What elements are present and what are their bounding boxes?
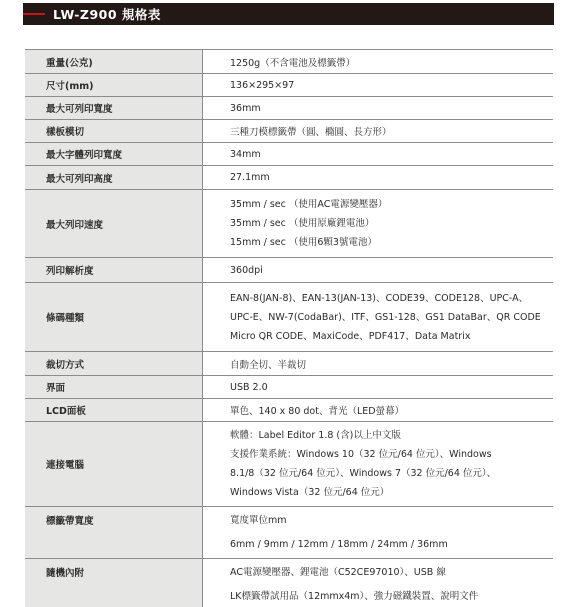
spec-value-line: 支援作業系統：Windows 10（32 位元/64 位元）、Windows — [230, 445, 553, 464]
spec-value-line: 8.1/8（32 位元/64 位元）、Windows 7（32 位元/64 位元… — [230, 464, 553, 483]
spec-value-line: 寬度單位mm — [230, 511, 553, 530]
spec-label: 最大列印速度 — [25, 190, 203, 258]
spec-value-line: 軟體：Label Editor 1.8 (含)以上中文版 — [230, 426, 553, 445]
spec-value: 寬度單位mm 6mm / 9mm / 12mm / 18mm / 24mm / … — [203, 507, 554, 559]
spec-label: LCD面板 — [25, 399, 203, 422]
spec-row-tape-width: 標籤帶寬度 寬度單位mm 6mm / 9mm / 12mm / 18mm / 2… — [25, 507, 553, 559]
spec-label: 樣板模切 — [25, 120, 203, 143]
spec-label: 重量(公克) — [25, 50, 203, 74]
spec-title-bar: LW-Z900 規格表 — [23, 3, 554, 25]
title-accent-line — [23, 13, 45, 15]
spec-value-line: UPC-E、NW-7(CodaBar)、ITF、GS1-128、GS1 Data… — [230, 308, 553, 327]
spec-value-line: 15mm / sec （使用6顆3號電池） — [230, 233, 553, 252]
spec-row-die-cut: 樣板模切 三種刀模標籤帶（圓、橢圓、長方形） — [25, 120, 553, 143]
spec-label: 隨機內附 — [25, 559, 203, 607]
spec-row-barcode-types: 條碼種類 EAN-8(JAN-8)、EAN-13(JAN-13)、CODE39、… — [25, 283, 553, 352]
spec-value: AC電源變壓器、鋰電池（C52CE97010）、USB 線 LK標籤帶試用品（1… — [203, 559, 554, 607]
spec-value-line: Micro QR CODE、MaxiCode、PDF417、Data Matri… — [230, 327, 553, 346]
spec-row-print-speed: 最大列印速度 35mm / sec （使用AC電源變壓器） 35mm / sec… — [25, 190, 553, 258]
spec-value: 136×295×97 — [203, 74, 554, 97]
spec-row-cutting: 裁切方式 自動全切、半裁切 — [25, 352, 553, 376]
spec-table: 重量(公克) 1250g（不含電池及標籤帶） 尺寸(mm) 136×295×97… — [25, 49, 553, 607]
spec-value: 360dpi — [203, 258, 554, 283]
spec-value: 35mm / sec （使用AC電源變壓器） 35mm / sec （使用原廠鋰… — [203, 190, 554, 258]
spec-label: 最大可列印高度 — [25, 166, 203, 190]
spec-row-lcd: LCD面板 單色、140 x 80 dot、背光（LED螢幕） — [25, 399, 553, 422]
spec-row-included-items: 隨機內附 AC電源變壓器、鋰電池（C52CE97010）、USB 線 LK標籤帶… — [25, 559, 553, 607]
spec-row-pc-connection: 連接電腦 軟體：Label Editor 1.8 (含)以上中文版 支援作業系統… — [25, 422, 553, 507]
spec-label: 最大字體列印寬度 — [25, 143, 203, 166]
spec-value: 三種刀模標籤帶（圓、橢圓、長方形） — [203, 120, 554, 143]
spec-label: 界面 — [25, 376, 203, 399]
spec-value: 36mm — [203, 97, 554, 120]
spec-row-max-print-height: 最大可列印高度 27.1mm — [25, 166, 553, 190]
spec-label: 裁切方式 — [25, 352, 203, 376]
spec-value: 單色、140 x 80 dot、背光（LED螢幕） — [203, 399, 554, 422]
spec-label: 尺寸(mm) — [25, 74, 203, 97]
spec-row-interface: 界面 USB 2.0 — [25, 376, 553, 399]
spec-label: 標籤帶寬度 — [25, 507, 203, 559]
spec-value-line: 6mm / 9mm / 12mm / 18mm / 24mm / 36mm — [230, 535, 553, 554]
spec-value-line: LK標籤帶試用品（12mmx4m）、強力磁鐵裝置、說明文件 — [230, 587, 553, 606]
spec-value: 軟體：Label Editor 1.8 (含)以上中文版 支援作業系統：Wind… — [203, 422, 554, 507]
page-title: LW-Z900 規格表 — [53, 5, 161, 23]
spec-row-resolution: 列印解析度 360dpi — [25, 258, 553, 283]
spec-label: 最大可列印寬度 — [25, 97, 203, 120]
spec-value-line: EAN-8(JAN-8)、EAN-13(JAN-13)、CODE39、CODE1… — [230, 289, 553, 308]
spec-value: EAN-8(JAN-8)、EAN-13(JAN-13)、CODE39、CODE1… — [203, 283, 554, 352]
spec-row-max-print-width: 最大可列印寬度 36mm — [25, 97, 553, 120]
spec-row-max-font-width: 最大字體列印寬度 34mm — [25, 143, 553, 166]
spec-value: 27.1mm — [203, 166, 554, 190]
spec-value-line: 35mm / sec （使用AC電源變壓器） — [230, 195, 553, 214]
spec-row-dimensions: 尺寸(mm) 136×295×97 — [25, 74, 553, 97]
spec-value-line: Windows Vista（32 位元/64 位元） — [230, 483, 553, 502]
spec-label: 列印解析度 — [25, 258, 203, 283]
spec-value: USB 2.0 — [203, 376, 554, 399]
spec-label: 條碼種類 — [25, 283, 203, 352]
spec-value: 34mm — [203, 143, 554, 166]
spec-value-line: AC電源變壓器、鋰電池（C52CE97010）、USB 線 — [230, 563, 553, 582]
spec-value: 自動全切、半裁切 — [203, 352, 554, 376]
spec-label: 連接電腦 — [25, 422, 203, 507]
spec-row-weight: 重量(公克) 1250g（不含電池及標籤帶） — [25, 50, 553, 74]
spec-value: 1250g（不含電池及標籤帶） — [203, 50, 554, 74]
spec-value-line: 35mm / sec （使用原廠鋰電池） — [230, 214, 553, 233]
